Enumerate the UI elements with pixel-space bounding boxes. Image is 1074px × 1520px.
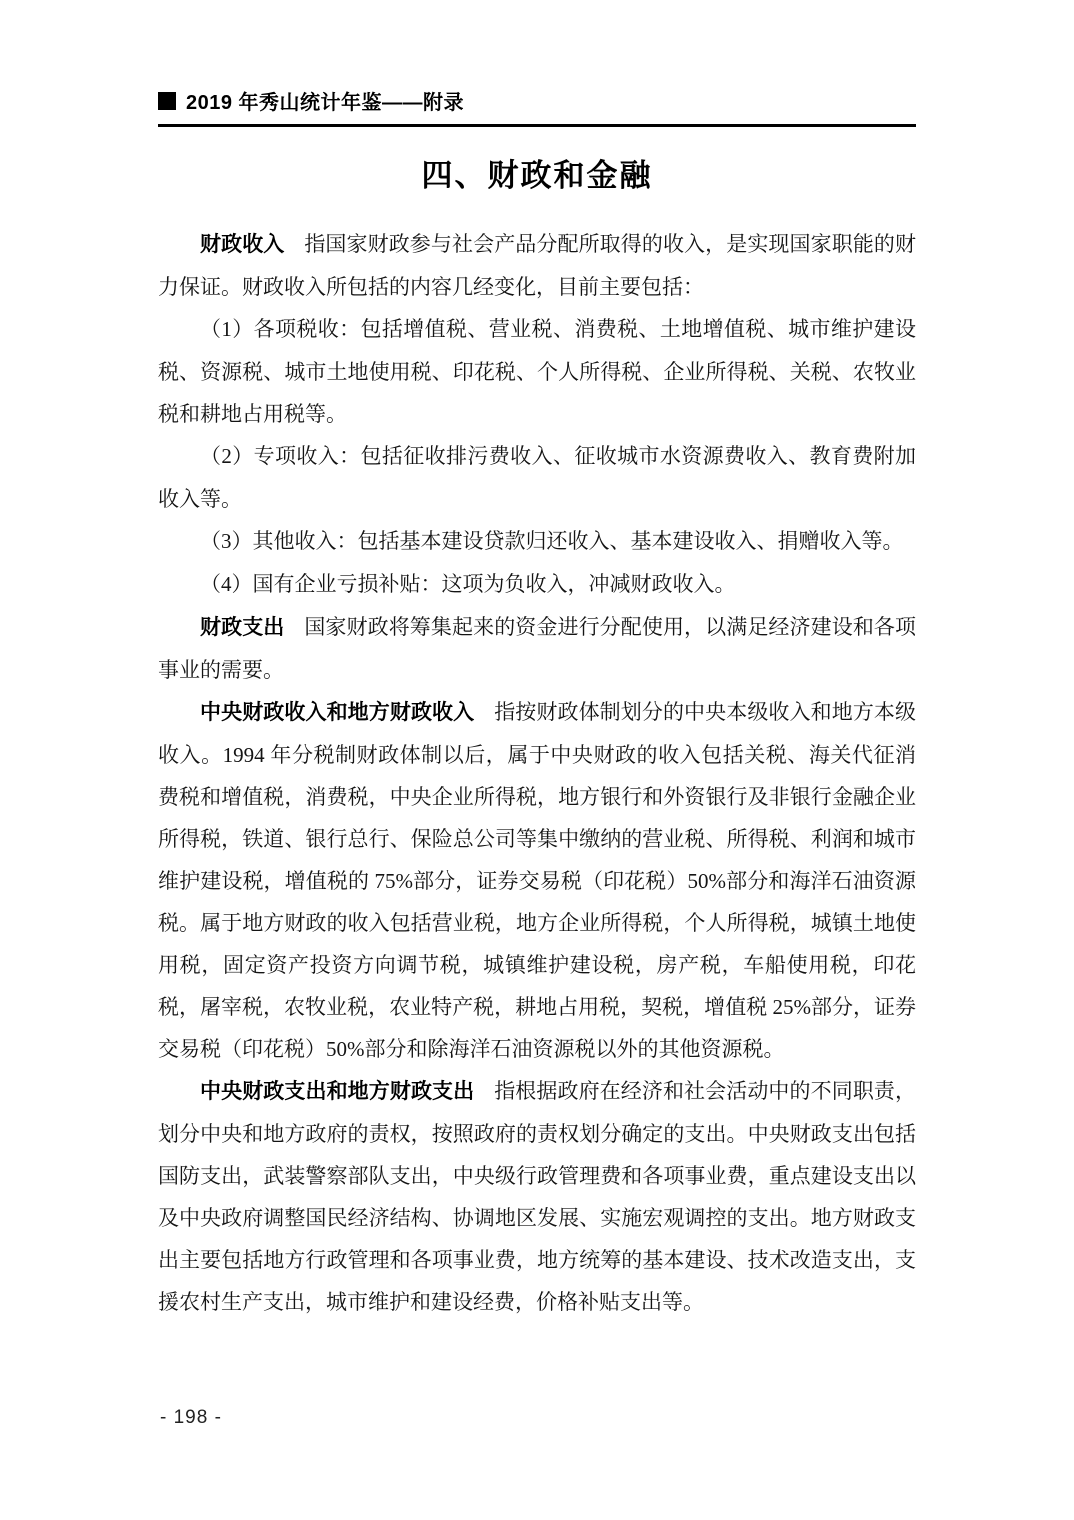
- document-body: 财政收入指国家财政参与社会产品分配所取得的收入，是实现国家职能的财力保证。财政收…: [158, 223, 916, 1323]
- definition-paragraph: 财政支出国家财政将筹集起来的资金进行分配使用，以满足经济建设和各项事业的需要。: [158, 606, 916, 691]
- definition-paragraph: 财政收入指国家财政参与社会产品分配所取得的收入，是实现国家职能的财力保证。财政收…: [158, 223, 916, 308]
- term-label: 中央财政收入和地方财政收入: [200, 701, 474, 724]
- list-item-paragraph: （4）国有企业亏损补贴：这项为负收入，冲减财政收入。: [158, 563, 916, 606]
- definition-text: 指根据政府在经济和社会活动中的不同职责，划分中央和地方政府的责权，按照政府的责权…: [158, 1079, 916, 1314]
- section-square-icon: [158, 92, 176, 110]
- yearbook-title: 2019 年秀山统计年鉴——附录: [186, 86, 464, 115]
- definition-paragraph: 中央财政支出和地方财政支出指根据政府在经济和社会活动中的不同职责，划分中央和地方…: [158, 1070, 916, 1323]
- list-item-paragraph: （1）各项税收：包括增值税、营业税、消费税、土地增值税、城市维护建设税、资源税、…: [158, 308, 916, 435]
- definition-text: （3）其他收入：包括基本建设贷款归还收入、基本建设收入、捐赠收入等。: [200, 529, 904, 553]
- definition-text: （1）各项税收：包括增值税、营业税、消费税、土地增值税、城市维护建设税、资源税、…: [158, 317, 916, 426]
- term-label: 中央财政支出和地方财政支出: [200, 1080, 474, 1103]
- term-label: 财政支出: [200, 616, 284, 639]
- definition-text: 指按财政体制划分的中央本级收入和地方本级收入。1994 年分税制财政体制以后，属…: [158, 700, 916, 1061]
- definition-text: （2）专项收入：包括征收排污费收入、征收城市水资源费收入、教育费附加收入等。: [158, 444, 916, 511]
- page-header: 2019 年秀山统计年鉴——附录: [158, 86, 916, 127]
- section-title: 四、财政和金融: [158, 150, 916, 195]
- document-page: 2019 年秀山统计年鉴——附录 四、财政和金融 财政收入指国家财政参与社会产品…: [0, 0, 1074, 1520]
- term-label: 财政收入: [200, 233, 284, 256]
- definition-paragraph: 中央财政收入和地方财政收入指按财政体制划分的中央本级收入和地方本级收入。1994…: [158, 691, 916, 1070]
- list-item-paragraph: （2）专项收入：包括征收排污费收入、征收城市水资源费收入、教育费附加收入等。: [158, 435, 916, 520]
- definition-text: （4）国有企业亏损补贴：这项为负收入，冲减财政收入。: [200, 572, 736, 596]
- list-item-paragraph: （3）其他收入：包括基本建设贷款归还收入、基本建设收入、捐赠收入等。: [158, 520, 916, 563]
- page-number: - 198 -: [160, 1407, 222, 1429]
